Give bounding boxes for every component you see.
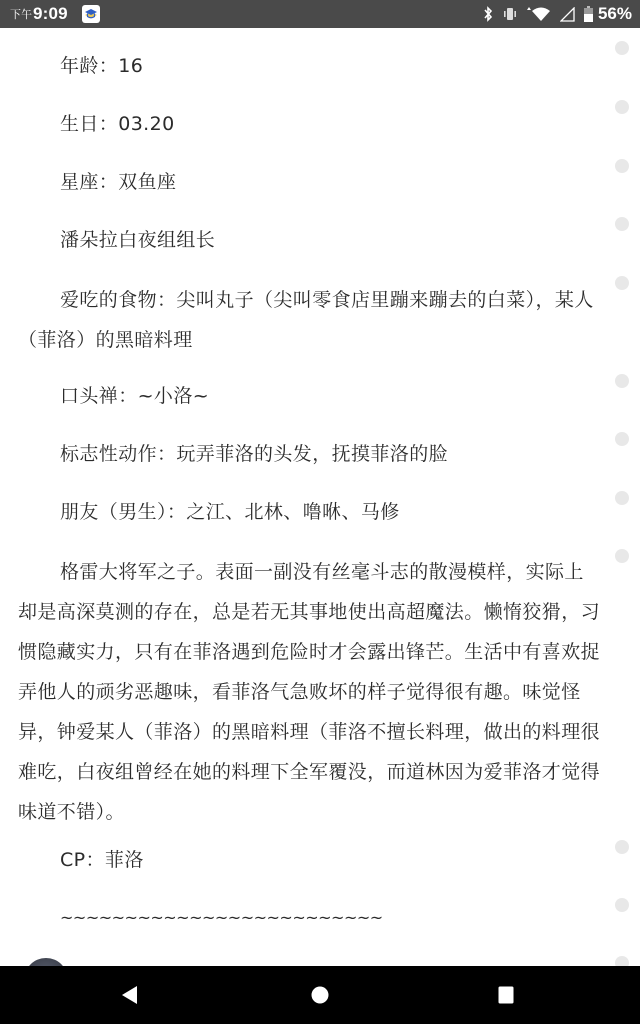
status-left: 下午 9:09 [10,4,100,24]
status-ampm: 下午 [10,6,32,22]
gutter-dot [615,276,629,290]
graduation-cap-icon [82,5,100,23]
paragraph-favorite-food: 爱吃的食物：尖叫丸子（尖叫零食店里蹦来蹦去的白菜），某人（菲洛）的黑暗料理 [18,280,602,360]
bluetooth-icon [483,6,493,22]
status-right: 56% [483,4,632,24]
gutter-dot [615,491,629,505]
gutter-dot [615,898,629,912]
battery-icon [584,6,593,22]
paragraph-friends: 朋友（男生）：之江、北林、噜咻、马修 [18,492,602,532]
home-button[interactable] [280,966,360,1024]
back-icon [121,985,139,1005]
status-clock: 9:09 [33,4,68,24]
back-button[interactable] [90,966,170,1024]
gutter-dot [615,41,629,55]
paragraph-description: 格雷大将军之子。表面一副没有丝毫斗志的散漫模样，实际上却是高深莫测的存在，总是若… [18,552,602,832]
gutter-dot [615,217,629,231]
paragraph-title: 潘朵拉白夜组组长 [18,220,602,260]
gutter-dot [615,956,629,966]
gutter-dot [615,840,629,854]
vibrate-icon [502,7,518,21]
paragraph-signature-action: 标志性动作：玩弄菲洛的头发，抚摸菲洛的脸 [18,434,602,474]
gutter-dot [615,100,629,114]
cell-signal-icon [560,7,575,22]
home-icon [311,986,329,1004]
wifi-icon [527,6,551,22]
gutter-dot [615,159,629,173]
paragraph-cp: CP：菲洛 [18,840,602,880]
gutter-dot [615,374,629,388]
recents-button[interactable] [466,966,546,1024]
paragraph-age: 年龄：16 [18,46,602,86]
status-bar: 下午 9:09 56% [0,0,640,28]
gutter-dot [615,432,629,446]
paragraph-divider: ~~~~~~~~~~~~~~~~~~~~~~~~~ [18,898,602,938]
navigation-bar [0,966,640,1024]
battery-percent: 56% [598,4,632,24]
recents-icon [498,986,514,1004]
paragraph-zodiac: 星座：双鱼座 [18,162,602,202]
gutter-dot [615,549,629,563]
paragraph-catchphrase: 口头禅：~小洛~ [18,376,602,416]
article-content[interactable]: 年龄：16 生日：03.20 星座：双鱼座 潘朵拉白夜组组长 爱吃的食物：尖叫丸… [0,28,640,966]
paragraph-birthday: 生日：03.20 [18,104,602,144]
